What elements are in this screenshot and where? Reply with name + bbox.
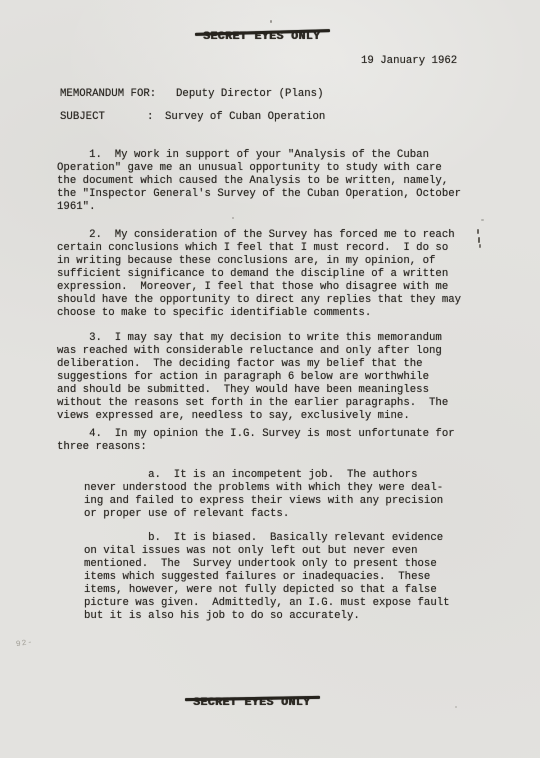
- ink-speck: [477, 229, 479, 234]
- subparagraph-a: a. It is an incompetent job. The authors…: [84, 469, 497, 521]
- ink-speck: [270, 20, 272, 23]
- subparagraph-b: b. It is biased. Basically relevant evid…: [84, 532, 497, 623]
- subject-colon: :: [147, 111, 153, 124]
- subject-row: SUBJECT : Survey of Cuban Operation: [0, 111, 540, 124]
- document-date: 19 January 1962: [361, 55, 457, 68]
- paragraph-1: 1. My work in support of your "Analysis …: [57, 149, 497, 214]
- paragraph-4: 4. In my opinion the I.G. Survey is most…: [57, 428, 497, 454]
- memorandum-for-row: MEMORANDUM FOR: Deputy Director (Plans): [0, 88, 540, 101]
- ink-speck: [455, 706, 457, 708]
- paragraph-2: 2. My consideration of the Survey has fo…: [57, 229, 497, 320]
- ink-speck: [478, 237, 480, 243]
- ink-speck: [479, 244, 481, 248]
- memorandum-for-label: MEMORANDUM FOR:: [60, 88, 156, 101]
- classification-footer: SECRET EYES ONLY: [193, 692, 310, 710]
- ink-speck: [481, 219, 484, 221]
- classification-header: SECRET EYES ONLY: [203, 26, 320, 44]
- subject-value: Survey of Cuban Operation: [165, 111, 325, 124]
- memo-body: 1. My work in support of your "Analysis …: [57, 149, 497, 623]
- subject-label: SUBJECT: [60, 111, 105, 124]
- paragraph-3: 3. I may say that my decision to write t…: [57, 332, 497, 423]
- document-page: SECRET EYES ONLY 19 January 1962 MEMORAN…: [0, 0, 540, 758]
- margin-pencil-note: 92-: [15, 638, 33, 649]
- ink-speck: [232, 217, 234, 219]
- memorandum-for-value: Deputy Director (Plans): [176, 88, 324, 101]
